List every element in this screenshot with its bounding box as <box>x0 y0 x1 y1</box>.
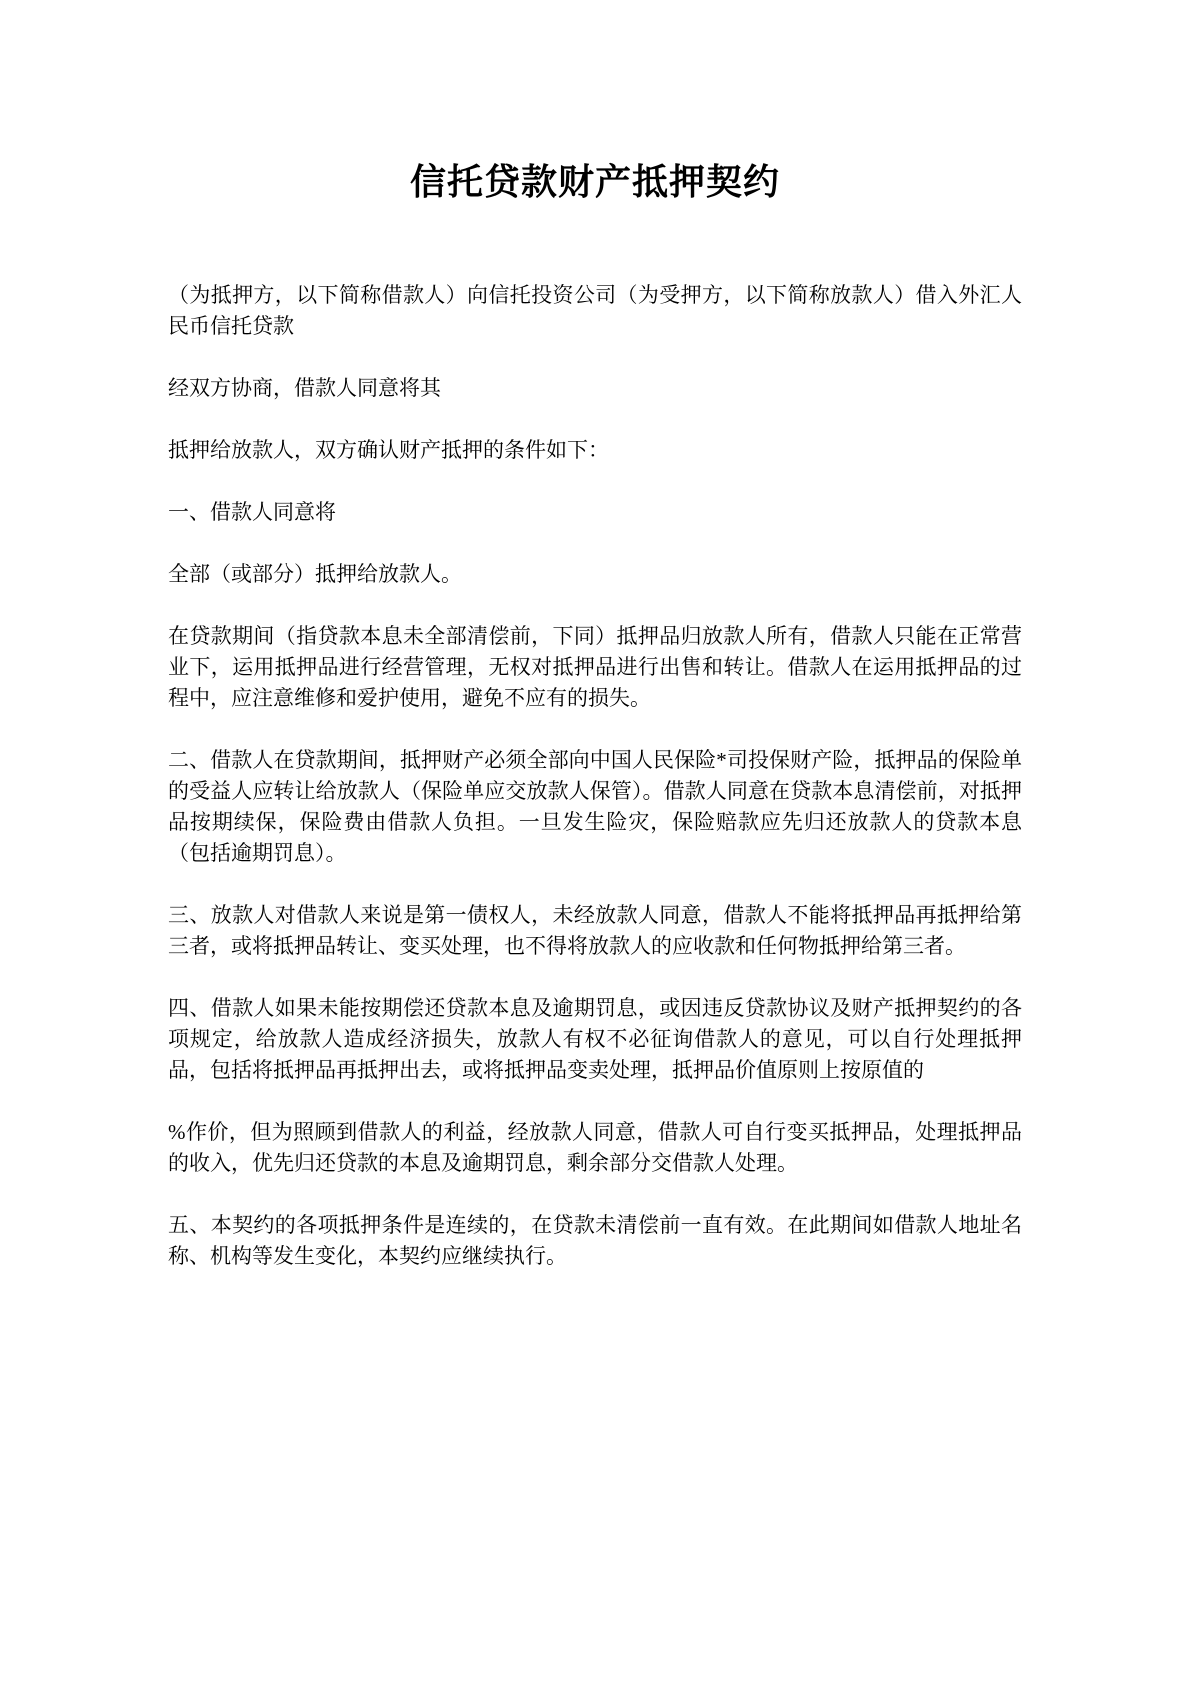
paragraph-conditions-lead: 抵押给放款人，双方确认财产抵押的条件如下： <box>168 435 1022 466</box>
paragraph-clause-5: 五、本契约的各项抵押条件是连续的，在贷款未清偿前一直有效。在此期间如借款人地址名… <box>168 1210 1022 1272</box>
paragraph-clause-2: 二、借款人在贷款期间，抵押财产必须全部向中国人民保险*司投保财产险，抵押品的保险… <box>168 745 1022 869</box>
paragraph-clause-3: 三、放款人对借款人来说是第一债权人，未经放款人同意，借款人不能将抵押品再抵押给第… <box>168 900 1022 962</box>
paragraph-clause-4: 四、借款人如果未能按期偿还贷款本息及逾期罚息，或因违反贷款协议及财产抵押契约的各… <box>168 993 1022 1086</box>
document-title: 信托贷款财产抵押契约 <box>168 160 1022 204</box>
paragraph-clause-1-terms: 在贷款期间（指贷款本息未全部清偿前，下同）抵押品归放款人所有，借款人只能在正常营… <box>168 621 1022 714</box>
paragraph-intro: （为抵押方，以下简称借款人）向信托投资公司（为受押方，以下简称放款人）借入外汇人… <box>168 280 1022 342</box>
paragraph-clause-4-continuation: %作价，但为照顾到借款人的利益，经放款人同意，借款人可自行变买抵押品，处理抵押品… <box>168 1117 1022 1179</box>
document-page: 信托贷款财产抵押契约 （为抵押方，以下简称借款人）向信托投资公司（为受押方，以下… <box>0 0 1190 1683</box>
paragraph-agreement: 经双方协商，借款人同意将其 <box>168 373 1022 404</box>
paragraph-clause-1: 一、借款人同意将 <box>168 497 1022 528</box>
paragraph-clause-1-continuation: 全部（或部分）抵押给放款人。 <box>168 559 1022 590</box>
